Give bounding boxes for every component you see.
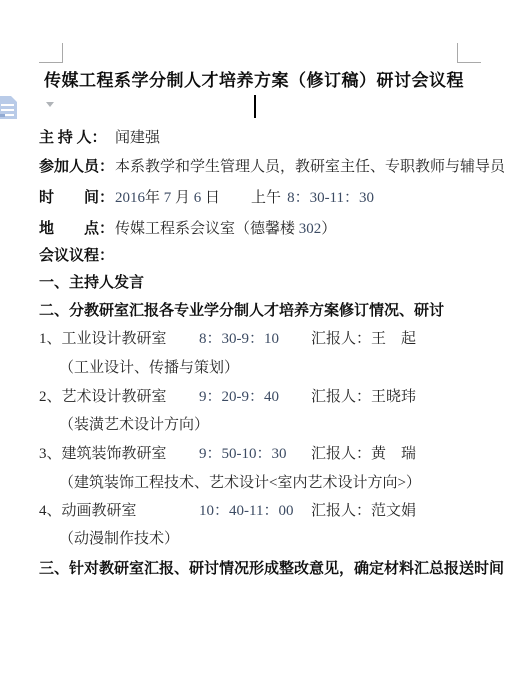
session-label: 上午 bbox=[251, 190, 281, 206]
report-2-reporter: 汇报人：王晓玮 bbox=[311, 388, 489, 407]
margin-crop-mark-left-icon bbox=[39, 43, 63, 63]
report-3-reporter: 汇报人：黄 瑞 bbox=[311, 445, 489, 464]
report-3-majors: （建筑装饰工程技术、艺术设计<室内艺术设计方向>） bbox=[59, 474, 421, 493]
clipboard-paste-icon[interactable] bbox=[0, 96, 17, 119]
location-label: 地 点： bbox=[39, 220, 115, 239]
agenda-item-3: 三、针对教研室汇报、研讨情况形成整改意见，确定材料汇总报送时间 bbox=[39, 560, 504, 579]
paste-options-button[interactable] bbox=[0, 94, 60, 122]
session-time: 8：30-11：30 bbox=[287, 190, 374, 206]
info-line-host: 主 持 人：闻建强 bbox=[39, 129, 160, 148]
report-4-reporter: 汇报人：范文娟 bbox=[311, 502, 489, 521]
location-room-number: 302 bbox=[299, 221, 322, 237]
participants-value: 本系教学和学生管理人员，教研室主任、专职教师与辅导员 bbox=[115, 159, 505, 175]
participants-label: 参加人员： bbox=[39, 158, 115, 177]
agenda-heading: 会议议程： bbox=[39, 247, 114, 266]
document-page[interactable]: 传媒工程系学分制人才培养方案（修订稿）研讨会议程 主 持 人：闻建强 参加人员：… bbox=[0, 0, 508, 682]
margin-crop-mark-right-icon bbox=[457, 43, 481, 63]
info-line-location: 地 点：传媒工程系会议室（德馨楼 302） bbox=[39, 220, 336, 239]
page-title: 传媒工程系学分制人才培养方案（修订稿）研讨会议程 bbox=[0, 66, 508, 91]
location-value-1: 传媒工程系会议室（德馨楼 bbox=[115, 221, 299, 237]
report-4-time: 10：40-11：00 bbox=[199, 502, 311, 521]
date-month-unit: 月 bbox=[171, 190, 194, 206]
report-row-2: 2、艺术设计教研室 9：20-9：40 汇报人：王晓玮 bbox=[39, 388, 489, 407]
host-value: 闻建强 bbox=[115, 130, 160, 146]
report-row-3: 3、建筑装饰教研室 9：50-10：30 汇报人：黄 瑞 bbox=[39, 445, 489, 464]
info-line-time: 时 间：2016年 7 月 6 日上午8：30-11：30 bbox=[39, 189, 374, 208]
date-year-unit: 年 bbox=[145, 190, 164, 206]
info-line-participants: 参加人员：本系教学和学生管理人员，教研室主任、专职教师与辅导员 bbox=[39, 158, 505, 177]
time-label: 时 间： bbox=[39, 189, 115, 208]
report-row-1: 1、工业设计教研室 8：30-9：10 汇报人：王 起 bbox=[39, 330, 489, 349]
report-4-majors: （动漫制作技术） bbox=[59, 530, 179, 549]
report-3-time: 9：50-10：30 bbox=[199, 445, 311, 464]
report-2-majors: （装潢艺术设计方向） bbox=[59, 416, 209, 435]
agenda-item-1: 一、主持人发言 bbox=[39, 274, 144, 293]
location-value-2: ） bbox=[321, 221, 336, 237]
report-1-majors: （工业设计、传播与策划） bbox=[59, 359, 239, 378]
host-label: 主 持 人： bbox=[39, 129, 115, 148]
chevron-down-icon[interactable] bbox=[46, 102, 54, 107]
report-row-4: 4、动画教研室 10：40-11：00 汇报人：范文娟 bbox=[39, 502, 489, 521]
report-1-time: 8：30-9：10 bbox=[199, 330, 311, 349]
date-year: 2016 bbox=[115, 190, 145, 206]
report-1-name: 1、工业设计教研室 bbox=[39, 330, 199, 349]
report-2-name: 2、艺术设计教研室 bbox=[39, 388, 199, 407]
agenda-item-2: 二、分教研室汇报各专业学分制人才培养方案修订情况、研讨 bbox=[39, 302, 444, 321]
report-1-reporter: 汇报人：王 起 bbox=[311, 330, 489, 349]
text-cursor bbox=[254, 95, 256, 118]
report-4-name: 4、动画教研室 bbox=[39, 502, 199, 521]
report-2-time: 9：20-9：40 bbox=[199, 388, 311, 407]
date-day-unit: 日 bbox=[201, 190, 220, 206]
report-3-name: 3、建筑装饰教研室 bbox=[39, 445, 199, 464]
